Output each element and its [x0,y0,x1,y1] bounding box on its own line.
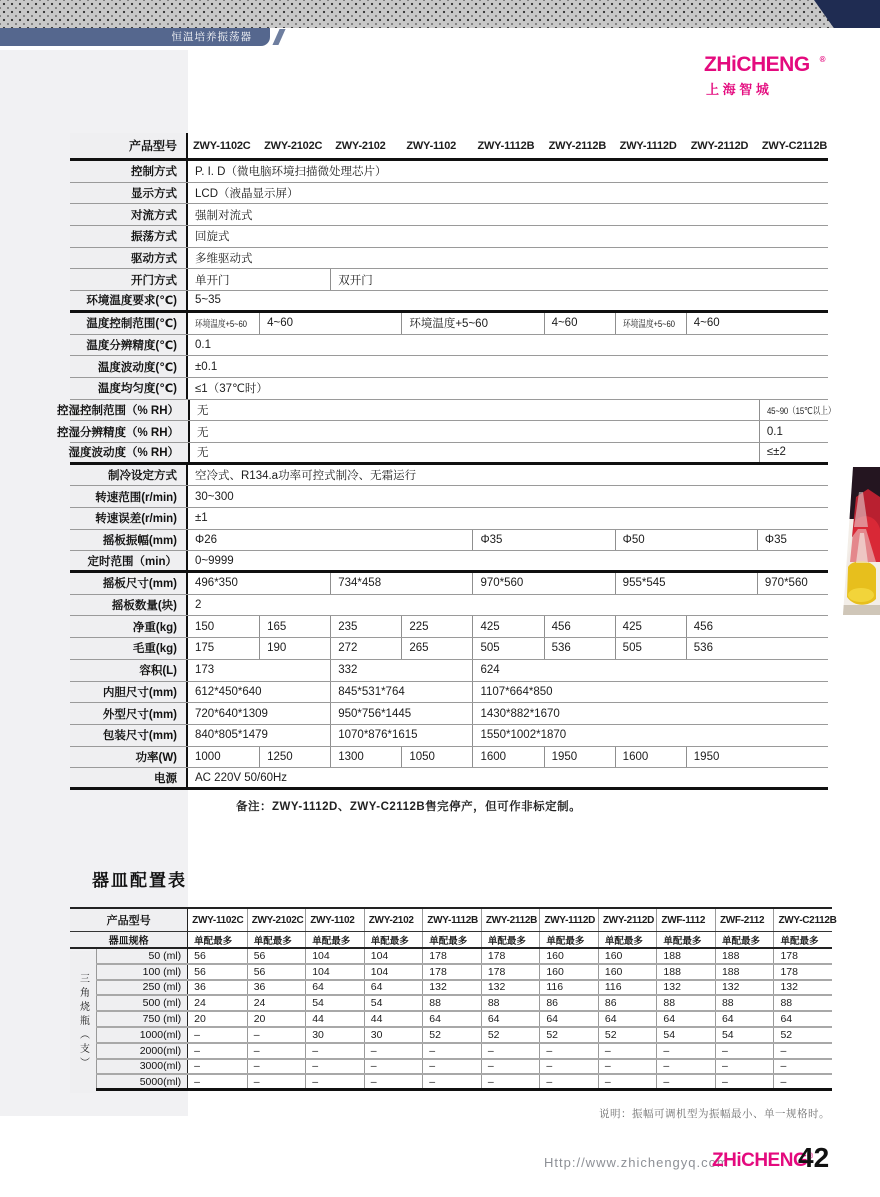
spec-row-cells: 多维驱动式 [186,248,828,269]
vessel-cell: – [188,1044,247,1058]
vessel-cell: 188 [715,949,774,963]
spec-row-label: 摇板振幅(mm) [70,530,186,551]
spec-cell: 332 [330,660,472,681]
spec-row-label: 毛重(kg) [70,638,186,659]
vessel-cell: – [539,1075,598,1088]
vessel-cell: – [364,1075,423,1088]
vessel-cell: 56 [188,949,247,963]
spec-row: 制冷设定方式空冷式、R134.a功率可控式制冷、无霜运行 [70,465,828,487]
spec-row-cells: 强制对流式 [186,204,828,225]
spec-header-cells: ZWY-1102CZWY-2102CZWY-2102ZWY-1102ZWY-11… [186,133,828,158]
vessel-cell: 132 [481,981,540,995]
spec-row: 毛重(kg)175190272265505536505536 [70,638,828,660]
spec-model-header: ZWY-1112D [615,133,686,158]
spec-cell-text: 环境温度+5~60 [195,316,247,330]
vessel-subheader-row: 器皿规格单配最多单配最多单配最多单配最多单配最多单配最多单配最多单配最多单配最多… [70,932,832,949]
vessel-cell: – [247,1060,306,1074]
vessel-cell: 86 [598,996,657,1010]
spec-cell: 0~9999 [188,551,828,570]
vessel-header-row: 产品型号ZWY-1102CZWY-2102CZWY-1102ZWY-2102ZW… [70,909,832,932]
spec-cell-text: 无 [197,424,209,440]
vessel-cell: 30 [364,1028,423,1042]
vessel-model-header: ZWY-C2112B [773,909,832,931]
vessel-max-header: 单配最多 [305,932,364,947]
vessel-cell: 64 [305,981,364,995]
brand-logo: ZHiCHENG® 上 海 智 城 [704,54,816,98]
spec-cell-text: 950*756*1445 [338,708,411,720]
vessel-cell: 56 [247,965,306,979]
spec-cell-text: 173 [195,664,214,676]
vessel-row: 100 (ml)5656104104178178160160188188178 [70,965,832,981]
spec-cell: 1950 [544,747,615,768]
vessel-cell: 52 [481,1028,540,1042]
spec-cell-text: 845*531*764 [338,686,405,698]
spec-cell: 4~60 [259,313,401,334]
spec-cell: 1070*876*1615 [330,725,472,746]
vessel-cell: 132 [422,981,481,995]
vessel-row: 5000(ml)––––––––––– [70,1075,832,1091]
spec-row-cells: 840*805*14791070*876*16151550*1002*1870 [186,725,828,746]
spec-model-header: ZWY-2102C [259,133,330,158]
vessel-max-header: 单配最多 [364,932,423,947]
spec-row: 温度控制范围(℃)环境温度+5~604~60环境温度+5~604~60环境温度+… [70,313,828,335]
spec-cell-text: 496*350 [195,577,238,589]
spec-row-cells: 10001250130010501600195016001950 [186,747,828,768]
spec-row-label: 温度均匀度(℃) [70,378,186,399]
vessel-side-label: 三角烧瓶（支） [70,951,96,1093]
vessel-cell: – [422,1075,481,1088]
vessel-row: 3000(ml)––––––––––– [70,1060,832,1076]
spec-row: 内胆尺寸(mm)612*450*640845*531*7641107*664*8… [70,682,828,704]
vessel-model-header: ZWY-2102 [364,909,423,931]
spec-header-label: 产品型号 [70,133,186,158]
spec-cell: 720*640*1309 [188,703,330,724]
vessel-cell: 64 [715,1012,774,1026]
spec-cell: 环境温度+5~60 [188,313,259,334]
vessel-cell: 188 [715,965,774,979]
spec-row: 控制方式P. I. D（微电脑环境扫描微处理芯片） [70,161,828,183]
spec-cell-text: Φ35 [765,534,787,546]
spec-row: 对流方式强制对流式 [70,204,828,226]
spec-row: 驱动方式多维驱动式 [70,248,828,270]
spec-row-cells: 环境温度+5~604~60环境温度+5~604~60环境温度+5~604~60 [186,313,828,334]
spec-cell-text: 272 [338,642,357,654]
spec-cell-text: 456 [552,621,571,633]
flask-photo-svg [842,467,880,615]
spec-cell-text: 30~300 [195,491,234,503]
spec-cell: 235 [330,616,401,637]
vessel-cell: 160 [598,965,657,979]
spec-model-header: ZWY-2102 [330,133,401,158]
vessel-model-header: ZWF-1112 [656,909,715,931]
spec-cell: 150 [188,616,259,637]
vessel-cell: – [247,1028,306,1042]
spec-cell-text: 456 [694,621,713,633]
vessel-cell: 24 [188,996,247,1010]
spec-row: 摇板振幅(mm)Φ26Φ35Φ50Φ35 [70,530,828,552]
spec-cell: Φ26 [188,530,472,551]
page-number: 42 [798,1142,829,1174]
vessel-cell: 178 [773,965,832,979]
spec-cell-text: 720*640*1309 [195,708,268,720]
spec-cell-text: 45~90（15℃以上） [767,403,835,417]
vessel-cell: 178 [481,949,540,963]
vessel-size-label: 2000(ml) [96,1044,187,1058]
spec-cell: 4~60 [544,313,615,334]
spec-cell: 回旋式 [188,226,828,247]
spec-cell-text: 505 [623,642,642,654]
spec-cell: 845*531*764 [330,682,472,703]
vessel-table: 产品型号ZWY-1102CZWY-2102CZWY-1102ZWY-2102ZW… [70,907,832,1091]
spec-row: 转速误差(r/min)±1 [70,508,828,530]
spec-row-cells: 2 [186,595,828,616]
spec-cell-text: 1600 [623,751,649,763]
vessel-row-cells: ––––––––––– [187,1075,832,1088]
spec-row-label: 电源 [70,768,186,787]
spec-cell: 2 [188,595,828,616]
spec-cell: 175 [188,638,259,659]
spec-model-header: ZWY-1112B [472,133,543,158]
vessel-cell: – [364,1060,423,1074]
spec-row: 温度分辨精度(℃)0.1 [70,335,828,357]
spec-row: 转速范围(r/min)30~300 [70,486,828,508]
spec-row-label: 转速范围(r/min) [70,486,186,507]
spec-row: 摇板尺寸(mm)496*350734*458970*560955*545970*… [70,573,828,595]
spec-cell: 425 [615,616,686,637]
spec-row: 控湿分辨精度（% RH）无0.1 [70,421,828,443]
vessel-max-header: 单配最多 [422,932,481,947]
spec-row-cells: 空冷式、R134.a功率可控式制冷、无霜运行 [186,465,828,486]
vessel-row: 500 (ml)2424545488888686888888 [70,996,832,1012]
spec-row-label: 摇板数量(块) [70,595,186,616]
spec-cell-text: 225 [409,621,428,633]
spec-row: 湿度波动度（% RH）无≤±2 [70,443,828,465]
spec-cell-text: 4~60 [552,317,578,329]
vessel-model-header: ZWY-2112B [481,909,540,931]
spec-row-cells: Φ26Φ35Φ50Φ35 [186,530,828,551]
vessel-cell: 132 [773,981,832,995]
spec-cell: 970*560 [472,573,614,594]
spec-cell: ≤1（37℃时） [188,378,828,399]
spec-cell-text: 536 [552,642,571,654]
spec-row-label: 摇板尺寸(mm) [70,573,186,594]
spec-cell: 0.1 [759,421,830,442]
spec-cell-text: 265 [409,642,428,654]
spec-cell-text: 2 [195,599,201,611]
vessel-size-label: 250 (ml) [96,981,187,995]
spec-cell: 强制对流式 [188,204,828,225]
spec-cell: 1000 [188,747,259,768]
spec-cell: 无 [190,421,759,442]
spec-row-label: 容积(L) [70,660,186,681]
spec-cell: 734*458 [330,573,472,594]
spec-row-cells: 无≤±2 [188,443,830,462]
spec-cell-text: 1300 [338,751,364,763]
vessel-cell: 64 [598,1012,657,1026]
registered-mark: ® [820,49,825,71]
spec-cell: 165 [259,616,330,637]
spec-row-cells: ≤1（37℃时） [186,378,828,399]
spec-cell: 173 [188,660,330,681]
vessel-cell: – [656,1075,715,1088]
vessel-cell: 56 [247,949,306,963]
spec-cell-text: 1950 [694,751,720,763]
spec-cell-text: 150 [195,621,214,633]
spec-header-row: 产品型号ZWY-1102CZWY-2102CZWY-2102ZWY-1102ZW… [70,133,828,161]
spec-cell: Φ35 [757,530,828,551]
vessel-cell: 104 [305,965,364,979]
vessel-cell: 88 [481,996,540,1010]
spec-cell: 45~90（15℃以上） [759,400,830,421]
spec-cell: Φ35 [472,530,614,551]
vessel-cell: 64 [773,1012,832,1026]
spec-cell-text: 536 [694,642,713,654]
vessel-cell: – [598,1075,657,1088]
vessel-row-cells: 5656104104178178160160188188178 [187,949,832,963]
spec-row-label: 振荡方式 [70,226,186,247]
vessel-cell: 20 [247,1012,306,1026]
vessel-cell: – [481,1044,540,1058]
vessel-size-label: 3000(ml) [96,1060,187,1074]
spec-row-label: 净重(kg) [70,616,186,637]
brand-wordmark-text: ZHiCHENG [704,53,810,76]
vessel-cell: 52 [539,1028,598,1042]
vessel-cell: 44 [364,1012,423,1026]
spec-cell: 无 [190,443,759,462]
spec-cell-text: 环境温度+5~60 [623,316,675,330]
vessel-subheader-cells: 单配最多单配最多单配最多单配最多单配最多单配最多单配最多单配最多单配最多单配最多… [187,932,832,947]
vessel-max-header: 单配最多 [656,932,715,947]
spec-row: 温度波动度(℃)±0.1 [70,356,828,378]
vessel-cell: 178 [422,965,481,979]
vessel-max-header: 单配最多 [481,932,540,947]
flask-photo [842,467,880,615]
spec-cell-text: 1000 [195,751,221,763]
vessel-cell: 178 [481,965,540,979]
section-tag: 恒温培养振荡器 [0,28,270,46]
spec-row: 环境温度要求(℃)5~35 [70,291,828,313]
spec-row: 开门方式单开门双开门 [70,269,828,291]
vessel-cell: 54 [715,1028,774,1042]
spec-remark: 备注：ZWY-1112D、ZWY-C2112B售完停产，但可作非标定制。 [236,798,581,814]
vessel-cell: 88 [715,996,774,1010]
spec-cell-text: 0.1 [767,426,783,438]
spec-row-cells: 单开门双开门 [186,269,828,290]
vessel-cell: 132 [656,981,715,995]
spec-cell-text: LCD（液晶显示屏） [195,185,299,201]
spec-cell: 多维驱动式 [188,248,828,269]
spec-cell: Φ50 [615,530,757,551]
vessel-cell: – [305,1075,364,1088]
vessel-cell: – [422,1060,481,1074]
footer-wordmark-text: ZHiCHENG [712,1150,807,1171]
spec-row-cells: 0.1 [186,335,828,356]
vessel-cell: 54 [364,996,423,1010]
spec-cell: 950*756*1445 [330,703,472,724]
vessel-cell: – [773,1060,832,1074]
spec-row-label: 控湿分辨精度（% RH） [70,421,188,442]
vessel-cell: – [481,1075,540,1088]
vessel-row-cells: 36366464132132116116132132132 [187,981,832,995]
spec-cell: 505 [615,638,686,659]
vessel-cell: – [656,1060,715,1074]
vessel-cell: 24 [247,996,306,1010]
vessel-spec-label: 器皿规格 [70,932,187,947]
vessel-cell: 64 [422,1012,481,1026]
vessel-header-cells: ZWY-1102CZWY-2102CZWY-1102ZWY-2102ZWY-11… [187,909,832,931]
spec-cell: 190 [259,638,330,659]
vessel-size-label: 5000(ml) [96,1075,187,1088]
spec-row-label: 包装尺寸(mm) [70,725,186,746]
spec-row-cells: 回旋式 [186,226,828,247]
spec-cell-text: 单开门 [195,272,230,288]
spec-cell: 955*545 [615,573,757,594]
spec-cell: 1950 [686,747,828,768]
vessel-model-header: ZWY-1102C [188,909,247,931]
spec-cell-text: 1250 [267,751,293,763]
spec-row-label: 外型尺寸(mm) [70,703,186,724]
spec-model-header: ZWY-1102 [401,133,472,158]
spec-cell: 1550*1002*1870 [472,725,828,746]
spec-cell-text: 190 [267,642,286,654]
spec-cell: P. I. D（微电脑环境扫描微处理芯片） [188,161,828,182]
vessel-cell: 36 [188,981,247,995]
vessel-cell: 116 [539,981,598,995]
vessel-cell: 52 [598,1028,657,1042]
spec-row-label: 定时范围（min） [70,551,186,570]
spec-cell-text: AC 220V 50/60Hz [195,772,287,784]
spec-table: 产品型号ZWY-1102CZWY-2102CZWY-2102ZWY-1102ZW… [70,133,828,790]
spec-row-label: 温度波动度(℃) [70,356,186,377]
spec-cell: 272 [330,638,401,659]
spec-cell-text: 1600 [480,751,506,763]
spec-cell: 456 [686,616,828,637]
spec-cell-text: 双开门 [338,272,373,288]
spec-cell-text: 多维驱动式 [195,250,253,266]
spec-row-cells: 无45~90（15℃以上） [188,400,830,421]
spec-row-label: 内胆尺寸(mm) [70,682,186,703]
vessel-size-label: 750 (ml) [96,1012,187,1026]
vessel-cell: – [188,1075,247,1088]
spec-row-cells: 150165235225425456425456 [186,616,828,637]
spec-cell-text: 0~9999 [195,555,234,567]
spec-row: 功率(W)10001250130010501600195016001950 [70,747,828,769]
spec-cell-text: 4~60 [694,317,720,329]
vessel-cell: 160 [539,949,598,963]
vessel-cell: 64 [364,981,423,995]
spec-cell: 456 [544,616,615,637]
spec-model-header: ZWY-2112B [544,133,615,158]
spec-cell: 536 [544,638,615,659]
spec-cell: 505 [472,638,543,659]
spec-cell-text: 840*805*1479 [195,729,268,741]
vessel-model-header: ZWY-1112B [422,909,481,931]
spec-cell: AC 220V 50/60Hz [188,768,828,787]
spec-cell-text: 734*458 [338,577,381,589]
spec-cell: 30~300 [188,486,828,507]
spec-cell-text: 970*560 [480,577,523,589]
spec-cell: 环境温度+5~60 [615,313,686,334]
spec-cell: 496*350 [188,573,330,594]
vessel-cell: 56 [188,965,247,979]
vessel-cell: – [773,1044,832,1058]
vessel-row-cells: 5656104104178178160160188188178 [187,965,832,979]
spec-row-cells: 720*640*1309950*756*14451430*882*1670 [186,703,828,724]
vessel-row-cells: ––––––––––– [187,1044,832,1058]
spec-row-cells: 612*450*640845*531*7641107*664*850 [186,682,828,703]
vessel-cell: – [598,1060,657,1074]
spec-row: 包装尺寸(mm)840*805*14791070*876*16151550*10… [70,725,828,747]
spec-cell: 1430*882*1670 [472,703,828,724]
spec-row-cells: ±1 [186,508,828,529]
vessel-cell: 54 [305,996,364,1010]
tag-slash-accent [272,29,285,45]
spec-row-cells: 0~9999 [186,551,828,570]
vessel-row: 2000(ml)––––––––––– [70,1044,832,1060]
vessel-cell: – [715,1044,774,1058]
spec-row-label: 转速误差(r/min) [70,508,186,529]
spec-cell: 612*450*640 [188,682,330,703]
spec-row: 显示方式LCD（液晶显示屏） [70,183,828,205]
spec-row-label: 开门方式 [70,269,186,290]
spec-row: 容积(L)173332624 [70,660,828,682]
spec-row-cells: 5~35 [186,291,828,310]
vessel-cell: 188 [656,949,715,963]
spec-cell: LCD（液晶显示屏） [188,183,828,204]
spec-cell-text: 1950 [552,751,578,763]
vessel-cell: – [188,1060,247,1074]
vessel-cell: – [305,1060,364,1074]
spec-model-header: ZWY-2112D [686,133,757,158]
spec-cell-text: 425 [623,621,642,633]
vessel-cell: 188 [656,965,715,979]
spec-cell: 1600 [615,747,686,768]
spec-row-cells: P. I. D（微电脑环境扫描微处理芯片） [186,161,828,182]
spec-cell-text: 1070*876*1615 [338,729,417,741]
spec-cell-text: Φ26 [195,534,217,546]
spec-row: 净重(kg)150165235225425456425456 [70,616,828,638]
vessel-row-cells: ––303052525252545452 [187,1028,832,1042]
vessel-row-cells: ––––––––––– [187,1060,832,1074]
vessel-row-cells: 2020444464646464646464 [187,1012,832,1026]
vessel-model-header: ZWY-2102C [247,909,306,931]
spec-cell-text: ≤±2 [767,446,786,458]
spec-row: 温度均匀度(℃)≤1（37℃时） [70,378,828,400]
vessel-row: 250 (ml)36366464132132116116132132132 [70,981,832,997]
spec-cell: 空冷式、R134.a功率可控式制冷、无霜运行 [188,465,828,486]
vessel-cell: 64 [481,1012,540,1026]
spec-cell: 1250 [259,747,330,768]
spec-cell: ±1 [188,508,828,529]
spec-cell-text: ≤1（37℃时） [195,380,268,396]
spec-row-label: 驱动方式 [70,248,186,269]
spec-model-header: ZWY-C2112B [757,133,828,158]
spec-cell: 1300 [330,747,401,768]
spec-cell: 265 [401,638,472,659]
vessel-model-header: ZWY-1112D [539,909,598,931]
vessel-cell: 88 [656,996,715,1010]
vessel-cell: 160 [598,949,657,963]
spec-cell-text: 1107*664*850 [480,686,552,698]
vessel-cell: – [539,1044,598,1058]
spec-cell: ±0.1 [188,356,828,377]
vessel-row: 50 (ml)5656104104178178160160188188178 [70,949,832,965]
vessel-cell: 20 [188,1012,247,1026]
spec-row-label: 控制方式 [70,161,186,182]
brand-subtext: 上 海 智 城 [704,79,810,98]
vessel-cell: – [715,1060,774,1074]
spec-cell-text: 无 [197,444,209,460]
